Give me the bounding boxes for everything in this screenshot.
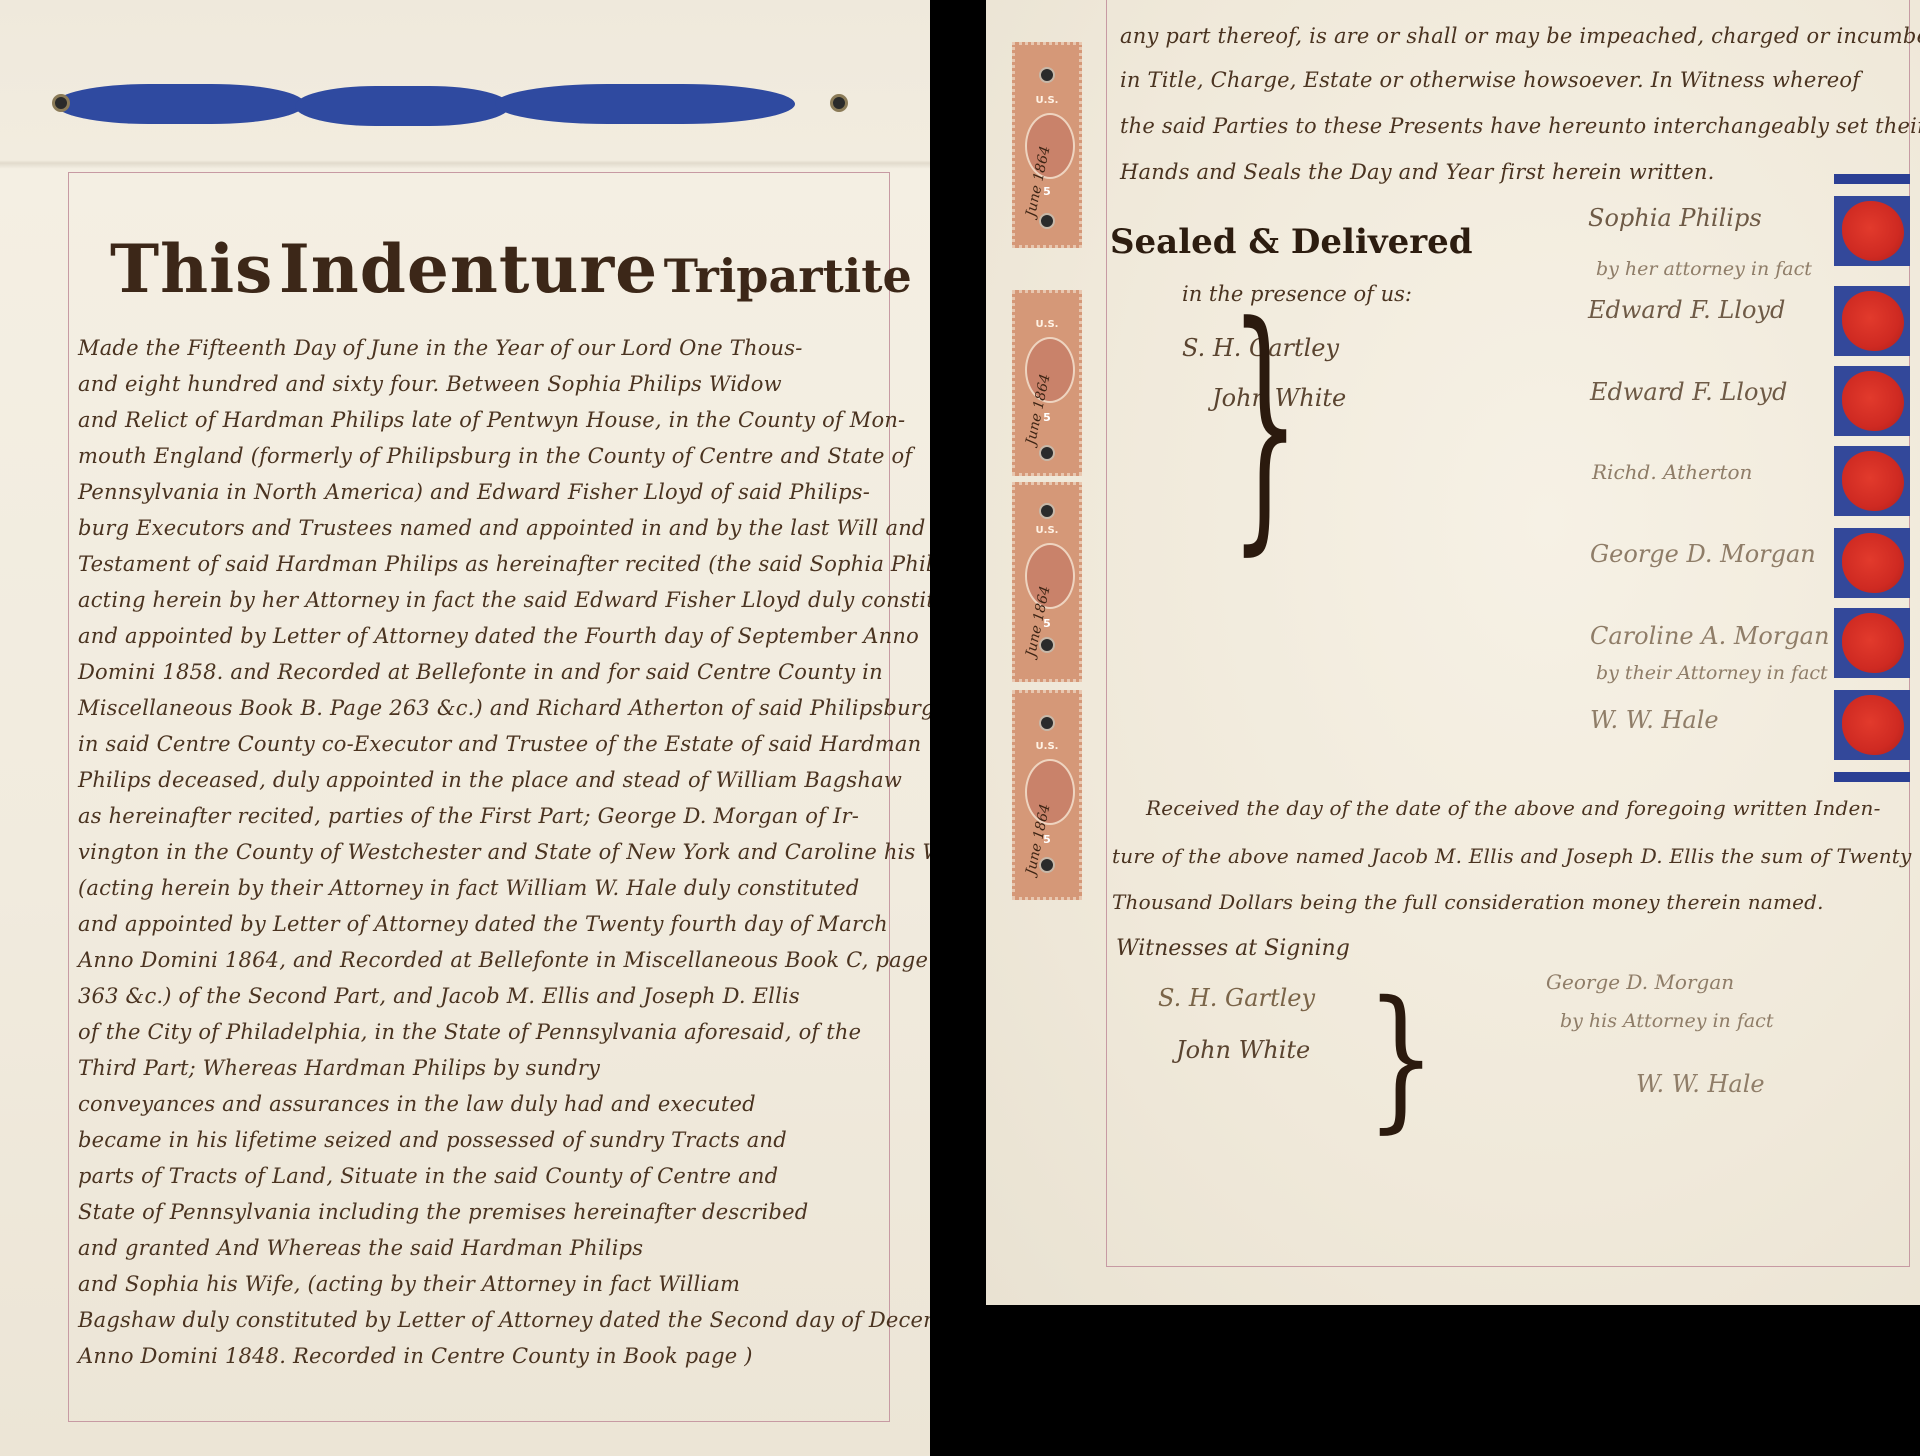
grantor-signature: Caroline A. Morgan [1590, 622, 1829, 650]
receipt-signature: W. W. Hale [1636, 1070, 1765, 1098]
attorney-note: by their Attorney in fact [1596, 662, 1828, 684]
title-word-this: This [110, 230, 273, 308]
right-page: any part thereof, is are or shall or may… [986, 0, 1920, 1305]
body-line: Made the Fifteenth Day of June in the Ye… [78, 330, 803, 366]
grantor-signature: Richd. Atherton [1592, 460, 1752, 484]
grantor-signature: W. W. Hale [1590, 706, 1719, 734]
body-line: Received the day of the date of the abov… [1146, 790, 1881, 826]
seal-ribbon [1834, 772, 1910, 782]
body-line: Domini 1858. and Recorded at Bellefonte … [78, 654, 883, 690]
grantor-signature: Edward F. Lloyd [1590, 378, 1787, 406]
body-line: and Sophia his Wife, (acting by their At… [78, 1266, 740, 1302]
punch-hole-icon [1039, 715, 1055, 731]
body-line: in Title, Charge, Estate or otherwise ho… [1120, 62, 1860, 98]
body-line: Pennsylvania in North America) and Edwar… [78, 474, 870, 510]
body-line: Thousand Dollars being the full consider… [1112, 884, 1824, 920]
body-line: burg Executors and Trustees named and ap… [78, 510, 926, 546]
title-word-indenture: Indenture [279, 230, 658, 308]
wax-seal [1834, 446, 1910, 516]
wax-seal [1834, 286, 1910, 356]
body-line: and appointed by Letter of Attorney date… [78, 906, 888, 942]
body-line: Testament of said Hardman Philips as her… [78, 546, 930, 582]
witness-signature: S. H. Gartley [1158, 984, 1315, 1012]
punch-hole-icon [1039, 67, 1055, 83]
grantor-signature: George D. Morgan [1590, 540, 1816, 568]
body-line: of the City of Philadelphia, in the Stat… [78, 1014, 861, 1050]
indenture-title: This Indenture Tripartite [110, 230, 912, 308]
grantor-signature: Sophia Philips [1588, 204, 1762, 232]
wax-seal [1834, 528, 1910, 598]
punch-hole-icon [1039, 445, 1055, 461]
revenue-stamp: U.S. 5 June 1864 [1012, 690, 1082, 900]
body-line: 363 &c.) of the Second Part, and Jacob M… [78, 978, 800, 1014]
body-line: acting herein by her Attorney in fact th… [78, 582, 930, 618]
body-line: and eight hundred and sixty four. Betwee… [78, 366, 782, 402]
body-line: Third Part; Whereas Hardman Philips by s… [78, 1050, 600, 1086]
revenue-stamp: U.S. 5 June 1864 [1012, 290, 1082, 476]
body-line: any part thereof, is are or shall or may… [1120, 18, 1920, 54]
receipt-signature: George D. Morgan [1546, 970, 1734, 994]
wax-seal [1834, 608, 1910, 678]
wax-seal [1834, 196, 1910, 266]
body-line: Bagshaw duly constituted by Letter of At… [78, 1302, 930, 1338]
attorney-note: by his Attorney in fact [1560, 1010, 1773, 1032]
title-word-tripartite: Tripartite [664, 249, 912, 303]
grommet-icon [830, 94, 848, 112]
witnesses-at-signing-label: Witnesses at Signing [1116, 936, 1350, 961]
body-line: State of Pennsylvania including the prem… [78, 1194, 808, 1230]
body-line: and granted And Whereas the said Hardman… [78, 1230, 643, 1266]
indenture-body: Made the Fifteenth Day of June in the Ye… [78, 330, 888, 1370]
grommet-icon [52, 94, 70, 112]
body-line: the said Parties to these Presents have … [1120, 108, 1920, 144]
left-page: This Indenture Tripartite Made the Fifte… [0, 0, 930, 1456]
body-line: in said Centre County co-Executor and Tr… [78, 726, 921, 762]
revenue-stamp: U.S. 5 June 1864 [1012, 42, 1082, 248]
grantor-signature: Edward F. Lloyd [1588, 296, 1785, 324]
brace-icon: } [1230, 270, 1300, 577]
brace-icon: } [1366, 968, 1436, 1147]
wax-seal [1834, 366, 1910, 436]
body-line: (acting herein by their Attorney in fact… [78, 870, 859, 906]
seal-ribbon [1834, 174, 1910, 184]
body-line: and appointed by Letter of Attorney date… [78, 618, 919, 654]
revenue-stamp: U.S. 5 June 1864 [1012, 482, 1082, 682]
punch-hole-icon [1039, 857, 1055, 873]
body-line: vington in the County of Westchester and… [78, 834, 930, 870]
body-line: ture of the above named Jacob M. Ellis a… [1112, 838, 1912, 874]
body-line: Miscellaneous Book B. Page 263 &c.) and … [78, 690, 930, 726]
body-line: mouth England (formerly of Philipsburg i… [78, 438, 912, 474]
punch-hole-icon [1039, 637, 1055, 653]
blue-ribbon [55, 84, 855, 124]
body-line: parts of Tracts of Land, Situate in the … [78, 1158, 778, 1194]
body-line: Anno Domini 1864, and Recorded at Bellef… [78, 942, 928, 978]
body-line: Anno Domini 1848. Recorded in Centre Cou… [78, 1338, 753, 1374]
attorney-note: by her attorney in fact [1596, 258, 1812, 280]
wax-seal [1834, 690, 1910, 760]
sealed-delivered-heading: Sealed & Delivered [1110, 222, 1473, 262]
body-line: conveyances and assurances in the law du… [78, 1086, 756, 1122]
body-line: became in his lifetime seized and posses… [78, 1122, 787, 1158]
punch-hole-icon [1039, 213, 1055, 229]
body-line: and Relict of Hardman Philips late of Pe… [78, 402, 905, 438]
body-line: as hereinafter recited, parties of the F… [78, 798, 859, 834]
body-line: Philips deceased, duly appointed in the … [78, 762, 902, 798]
body-line: Hands and Seals the Day and Year first h… [1120, 154, 1715, 190]
punch-hole-icon [1039, 503, 1055, 519]
witness-signature: John White [1176, 1036, 1310, 1064]
